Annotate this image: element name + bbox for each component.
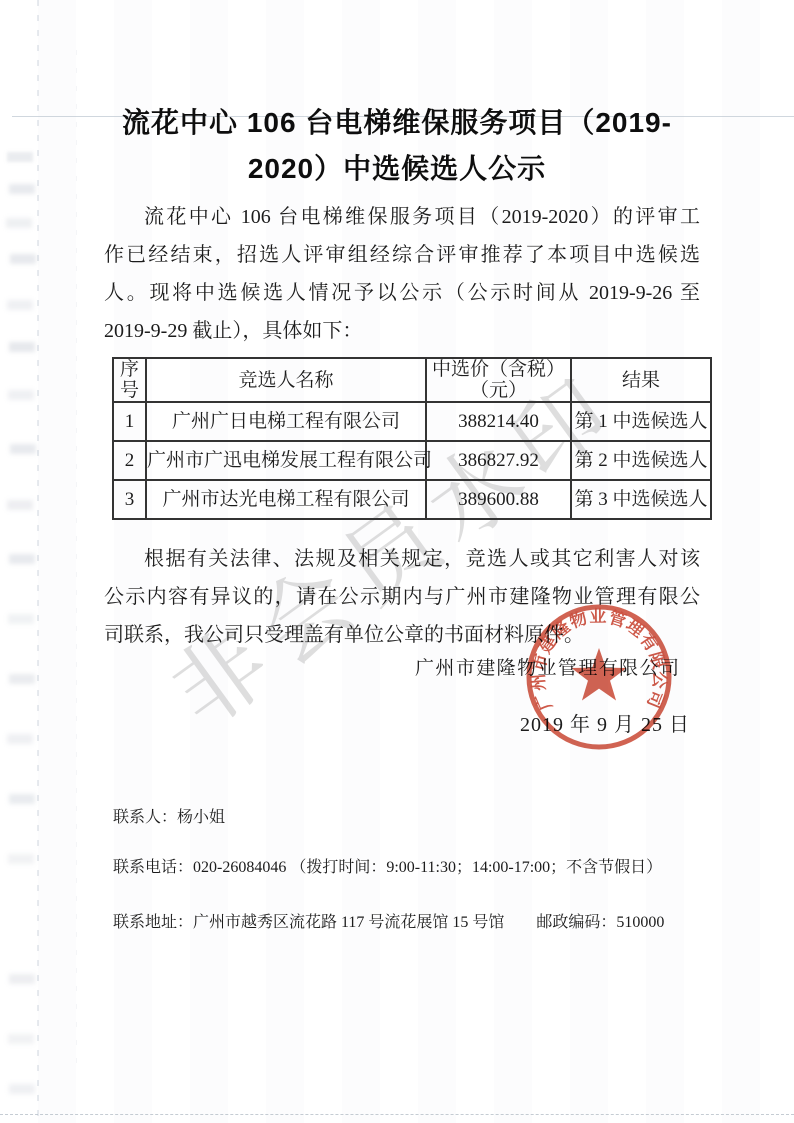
table-row: 2 广州市广迅电梯发展工程有限公司 386827.92 第 2 中选候选人	[113, 441, 711, 480]
cell-result: 第 2 中选候选人	[571, 441, 711, 480]
header-price: 中选价（含税）（元）	[426, 358, 571, 402]
scan-hairline-bottom	[0, 1114, 794, 1115]
cell-name: 广州市达光电梯工程有限公司	[146, 480, 426, 519]
intro-line: 作已经结束，招选人评审组经综合评审推荐了本项目中选候选	[104, 236, 700, 274]
document-title: 流花中心 106 台电梯维保服务项目（2019- 2020）中选候选人公示	[0, 100, 794, 192]
intro-paragraph: 流花中心 106 台电梯维保服务项目（2019-2020）的评审工 作已经结束，…	[104, 198, 700, 350]
cell-price: 386827.92	[426, 441, 571, 480]
contact-address: 联系地址：广州市越秀区流花路 117 号流花展馆 15 号馆 邮政编码：5100…	[113, 911, 664, 935]
seal-star-icon	[571, 648, 626, 700]
cell-index: 2	[113, 441, 146, 480]
contact-person: 联系人：杨小姐	[113, 806, 225, 830]
cell-result: 第 3 中选候选人	[571, 480, 711, 519]
company-seal-stamp: 广州市建隆物业管理有限公司	[519, 597, 679, 757]
cell-price: 388214.40	[426, 402, 571, 441]
document-title-line1: 流花中心 106 台电梯维保服务项目（2019-	[0, 100, 794, 146]
cell-name: 广州广日电梯工程有限公司	[146, 402, 426, 441]
intro-line: 2019-9-29 截止），具体如下：	[104, 312, 700, 350]
table-row: 1 广州广日电梯工程有限公司 388214.40 第 1 中选候选人	[113, 402, 711, 441]
scan-vertical-streak	[76, 50, 77, 1070]
cell-index: 1	[113, 402, 146, 441]
table-row: 3 广州市达光电梯工程有限公司 389600.88 第 3 中选候选人	[113, 480, 711, 519]
header-index: 序号	[113, 358, 146, 402]
cell-name: 广州市广迅电梯发展工程有限公司	[146, 441, 426, 480]
header-result: 结果	[571, 358, 711, 402]
candidates-table: 序号 竞选人名称 中选价（含税）（元） 结果 1 广州广日电梯工程有限公司 38…	[112, 357, 712, 520]
header-name: 竞选人名称	[146, 358, 426, 402]
scanned-document-page: 非会员水印 流花中心 106 台电梯维保服务项目（2019- 2020）中选候选…	[0, 0, 794, 1123]
document-title-line2: 2020）中选候选人公示	[0, 146, 794, 192]
cell-index: 3	[113, 480, 146, 519]
cell-result: 第 1 中选候选人	[571, 402, 711, 441]
notice-line: 根据有关法律、法规及相关规定，竞选人或其它利害人对该	[104, 540, 700, 578]
intro-line: 流花中心 106 台电梯维保服务项目（2019-2020）的评审工	[104, 198, 700, 236]
cell-price: 389600.88	[426, 480, 571, 519]
intro-line: 人。现将中选候选人情况予以公示（公示时间从 2019-9-26 至	[104, 274, 700, 312]
table-header-row: 序号 竞选人名称 中选价（含税）（元） 结果	[113, 358, 711, 402]
contact-phone: 联系电话：020-26084046 （拨打时间：9:00-11:30；14:00…	[113, 856, 662, 880]
